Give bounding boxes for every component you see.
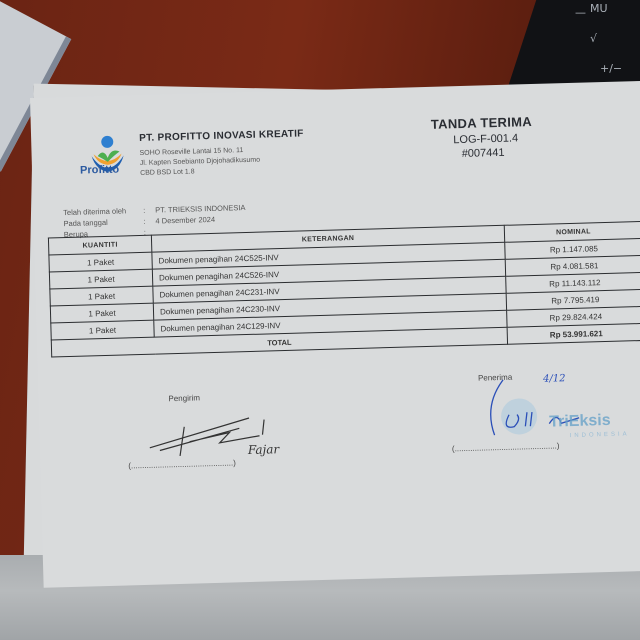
key-label: — bbox=[575, 6, 586, 19]
receipt-document: Profitto PT. PROFITTO INOVASI KREATIF SO… bbox=[30, 81, 640, 588]
logo-wordmark: Profitto bbox=[80, 164, 119, 177]
address-line: CBD BSD Lot 1.8 bbox=[140, 166, 260, 179]
document-code: LOG-F-001.4 bbox=[453, 132, 518, 146]
receiver-signature-line: (.......................................… bbox=[452, 441, 560, 453]
document-number: #007441 bbox=[462, 147, 505, 160]
key-label: MU bbox=[590, 2, 608, 15]
key-label: +/− bbox=[600, 62, 622, 75]
receiver-stamp-sub: INDONESIA bbox=[570, 431, 630, 439]
profitto-logo-icon bbox=[83, 133, 134, 184]
total-value: Rp 53.991.621 bbox=[507, 323, 640, 344]
company-name: PT. PROFITTO INOVASI KREATIF bbox=[139, 128, 304, 144]
receiver-stamp: TriEksis bbox=[549, 412, 611, 432]
sender-signature-icon: Fajar bbox=[129, 409, 300, 464]
sender-signature-line: (.......................................… bbox=[128, 458, 236, 470]
items-table: KUANTITI KETERANGAN NOMINAL 1 PaketDokum… bbox=[48, 221, 640, 358]
key-label: √ bbox=[590, 32, 597, 45]
company-address: SOHO Roseville Lantai 15 No. 11 Jl. Kapt… bbox=[139, 146, 260, 179]
sender-label: Pengirim bbox=[168, 393, 200, 403]
date-value: 4 Desember 2024 bbox=[155, 214, 215, 227]
svg-text:Fajar: Fajar bbox=[247, 442, 281, 457]
document-title: TANDA TERIMA bbox=[431, 114, 532, 132]
